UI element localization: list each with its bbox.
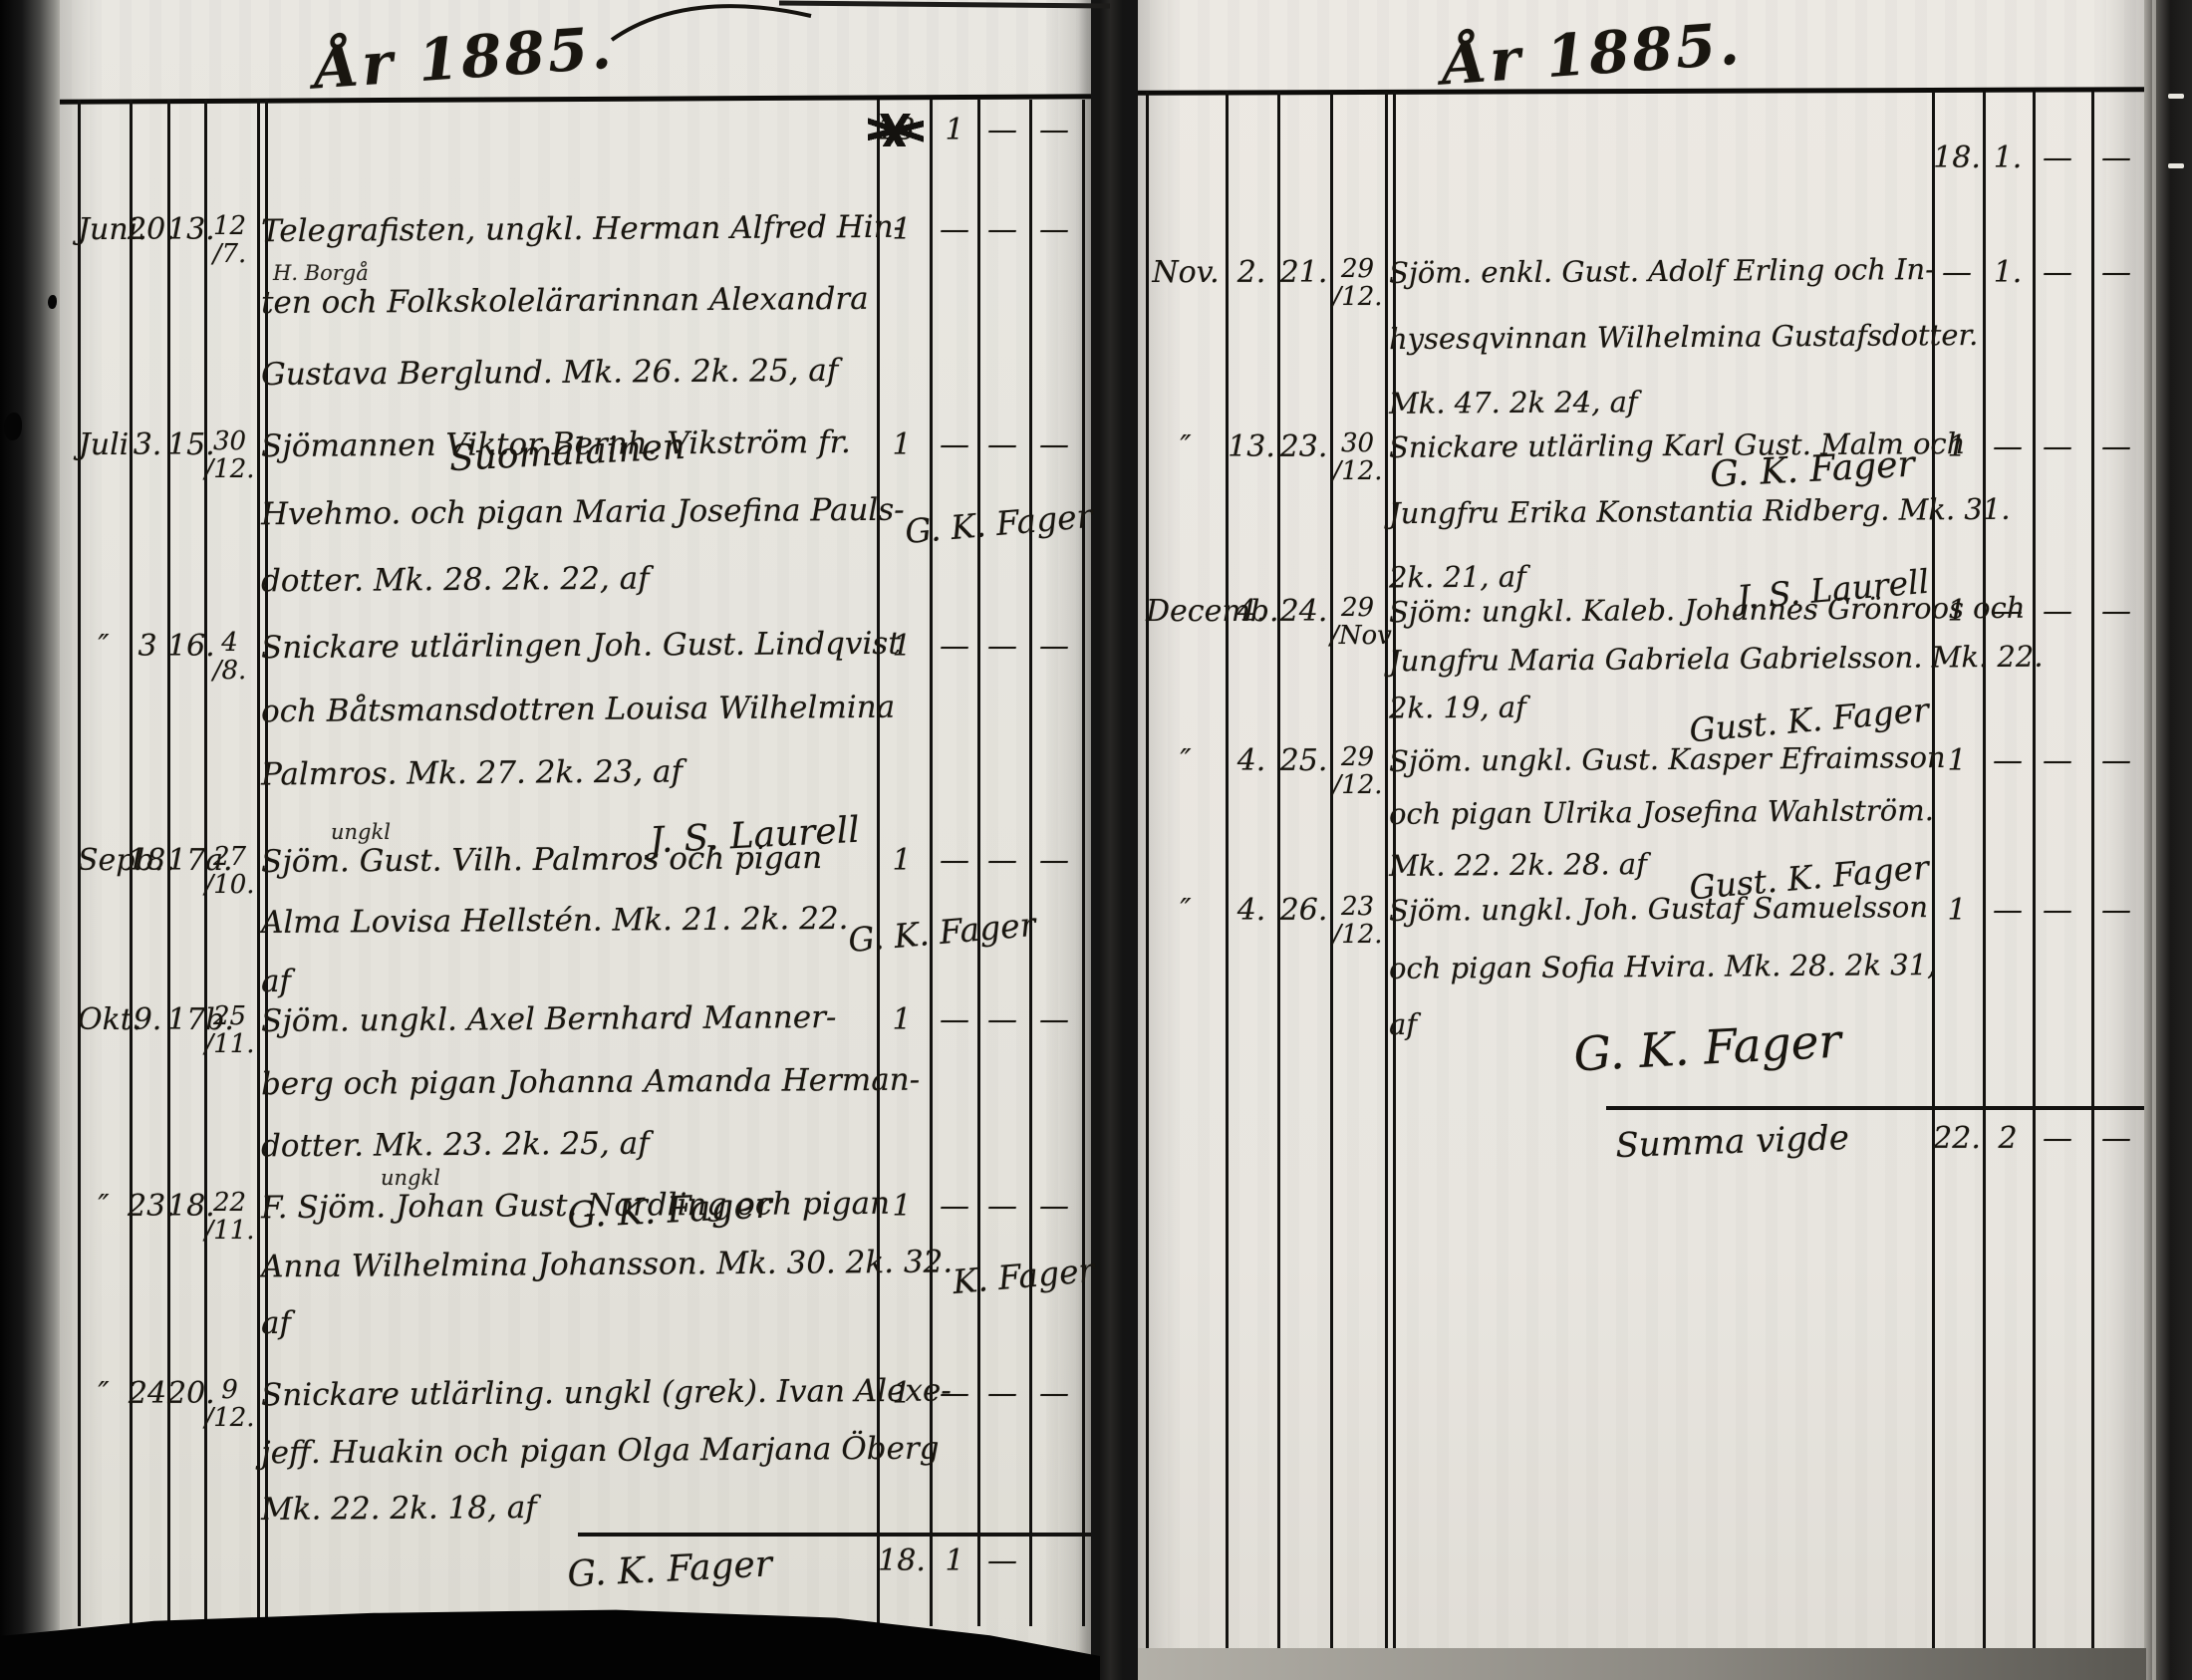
entry-banns-date: 23 /12. — [1330, 894, 1385, 949]
entry-text-line: berg och pigan Johanna Amanda Herman- — [261, 1064, 874, 1127]
entry-month: Okt. — [78, 1003, 130, 1037]
inserted-note: ungkl — [331, 820, 391, 844]
handwritten-text: dotter. Mk. 28. 2k. 22, af — [261, 561, 650, 600]
entry-count-col1: 1 — [1932, 595, 1982, 629]
cropped-pen-stroke — [608, 0, 817, 44]
entry-month: Juni. — [78, 213, 130, 247]
entry-month: ″ — [78, 1190, 130, 1224]
entry-text-line: af — [261, 1305, 874, 1364]
entry-count-col4: — — [2091, 256, 2141, 290]
entry-count-col3: — — [977, 428, 1027, 462]
banns-denominator: /11. — [202, 1218, 257, 1245]
carry-value: — — [2091, 141, 2141, 175]
carry-value: 1 — [930, 114, 979, 147]
entry-text-line: Anna Wilhelmina Johansson. Mk. 30. 2k. 3… — [261, 1247, 874, 1305]
sum-value: 22. — [1932, 1122, 1982, 1156]
handwritten-text: Snickare utlärling Karl Gust. Malm och — [1389, 426, 1966, 464]
carry-value: — — [2033, 141, 2082, 175]
entry-count-col3: — — [2033, 256, 2082, 290]
entry-number: 15. — [167, 428, 204, 462]
banns-numerator: 9 — [202, 1377, 257, 1404]
entry-count-col1: 1 — [1932, 744, 1982, 778]
entry-day: 3 — [128, 630, 167, 664]
carry-value-struck: 18 — [877, 113, 915, 147]
entry-text: ungklF. Sjöm. Johan Gust. Nordling och p… — [261, 1188, 874, 1364]
entry-text-line: hysesqvinnan Wilhelmina Gustafsdotter. — [1389, 320, 1929, 386]
officiant-signature: G. K. Fager — [260, 1539, 874, 1611]
entry-count-col3: — — [2033, 894, 2082, 928]
banns-denominator: /12. — [1330, 284, 1385, 311]
handwritten-text: Mk. 22. 2k. 18, af — [261, 1490, 537, 1528]
entry-number: 26. — [1277, 894, 1330, 928]
column-rule — [1277, 92, 1280, 1654]
entry-banns-date: 25 /11. — [202, 1003, 257, 1058]
register-scan: År 1885. 18 1 — — 18. 1 — Juni. 20. 13. … — [0, 0, 2192, 1680]
handwritten-text: Gustava Berglund. Mk. 26. 2k. 25, af — [261, 353, 839, 393]
entry-count-col4: — — [2091, 894, 2141, 928]
entry-day: 20. — [128, 213, 167, 247]
carry-forward-row: 18 1 — — — [60, 112, 1091, 145]
entry-count-col2: — — [930, 1377, 979, 1411]
entry-count-col2: — — [1983, 595, 2033, 629]
entry-count-col2: — — [930, 1003, 979, 1037]
handwritten-text: Sjöm. ungkl. Axel Bernhard Manner- — [261, 999, 837, 1039]
entry-count-col4: — — [1029, 428, 1079, 462]
ink-blot — [4, 413, 22, 440]
entry-text-line: H. Borgåten och Folkskolelärarinnan Alex… — [261, 283, 874, 355]
handwritten-text: Sjöm. ungkl. Gust. Kasper Efraimsson — [1389, 740, 1946, 778]
entry-text-line: Hvehmo. och pigan Maria Josefina Pauls-G… — [261, 494, 874, 562]
entry-count-col3: — — [977, 1377, 1027, 1411]
sum-value: — — [977, 1544, 1027, 1578]
banns-numerator: 29 — [1330, 744, 1385, 771]
banns-numerator: 22 — [202, 1190, 257, 1217]
entry-number: 24. — [1277, 595, 1330, 629]
entry-count-col2: — — [930, 844, 979, 878]
sum-value: 2 — [1983, 1122, 2033, 1156]
book-binding-edge — [0, 0, 62, 1680]
handwritten-text: Snickare utlärlingen Joh. Gust. Lindqvis… — [261, 626, 901, 666]
entry-text-line: Snickare utlärling. ungkl (grek). Ivan A… — [261, 1375, 874, 1433]
entry-count-col1: 1 — [877, 213, 927, 247]
entry-text: ungklSjöm. Gust. Vilh. Palmros och pigan… — [261, 842, 874, 1024]
entry-count-col3: — — [977, 1190, 1027, 1224]
entry-text-line: Jungfru Maria Gabriela Gabrielsson. Mk. … — [1389, 642, 1929, 691]
handwritten-text: och pigan Ulrika Josefina Wahlström. — [1389, 793, 1934, 831]
entry-text-line: Sjömannen Viktor Bernh. Vikström fr. — [261, 426, 874, 494]
inserted-note: ungkl — [381, 1166, 440, 1190]
entry-count-col3: — — [2033, 744, 2082, 778]
right-page: År 1885. 18. 1. — — Summa vigde 22. 2 — … — [1138, 0, 2146, 1680]
sum-value: — — [2091, 1122, 2141, 1156]
entry-text: Sjöm. ungkl. Joh. Gustaf Samuelssonoch p… — [1389, 892, 1929, 1078]
banns-numerator: 27 — [202, 844, 257, 871]
entry-count-col4: — — [2091, 595, 2141, 629]
handwritten-text: Sjöm. ungkl. Joh. Gustaf Samuelsson — [1389, 890, 1928, 928]
column-rule — [2091, 92, 2094, 1654]
entry-text-line: Sjöm: ungkl. Kaleb. Johannes Grönroos oc… — [1389, 593, 1929, 642]
entry-count-col2: — — [930, 428, 979, 462]
column-rule — [1226, 92, 1229, 1654]
banns-denominator: /7. — [202, 241, 257, 268]
sum-rule — [1606, 1106, 2149, 1110]
banns-denominator: /10. — [202, 872, 257, 899]
edge-mark — [2168, 94, 2184, 99]
handwritten-text: Alma Lovisa Hellstén. Mk. 21. 2k. 22. — [261, 901, 849, 941]
handwritten-text: Telegrafisten, ungkl. Herman Alfred Hin- — [261, 209, 904, 250]
banns-denominator: /12. — [1330, 772, 1385, 799]
entry-count-col2: — — [930, 213, 979, 247]
handwritten-text: Snickare utlärling. ungkl (grek). Ivan A… — [261, 1373, 952, 1414]
header-rule — [1138, 87, 2146, 96]
handwritten-text: 2k. 19, af — [1389, 691, 1526, 725]
entry-banns-date: 22 /11. — [202, 1190, 257, 1245]
entry-text-line: Mk. 22. 2k. 18, af — [261, 1491, 874, 1548]
left-page: År 1885. 18 1 — — 18. 1 — Juni. 20. 13. … — [60, 0, 1091, 1680]
entry-text-line: Sjöm. enkl. Gust. Adolf Erling och In- — [1389, 254, 1929, 320]
entry-number: 17b. — [167, 1003, 204, 1037]
entry-banns-date: 30 /12. — [202, 428, 257, 483]
column-rule — [1146, 92, 1149, 1654]
entry-month: Juli — [78, 428, 130, 462]
entry-count-col2: — — [1983, 744, 2033, 778]
entry-month: Decemb. — [1146, 595, 1226, 629]
handwritten-text: Palmros. Mk. 27. 2k. 23, af — [261, 754, 683, 793]
column-rule — [2033, 92, 2036, 1654]
scan-shadow-bottom-right — [1138, 1648, 2146, 1680]
banns-denominator: /12. — [1330, 458, 1385, 485]
entry-day: 4. — [1226, 894, 1277, 928]
banns-numerator: 23 — [1330, 894, 1385, 921]
entry-text-line: Gustava Berglund. Mk. 26. 2k. 25, af — [261, 355, 874, 426]
handwritten-text: Sjöm. enkl. Gust. Adolf Erling och In- — [1389, 252, 1935, 290]
handwritten-text: Jungfru Erika Konstantia Ridberg. Mk. 31… — [1389, 492, 2011, 530]
entry-count-col1: 1 — [1932, 894, 1982, 928]
banns-numerator: 4 — [202, 630, 257, 657]
entry-day: 23. — [128, 1190, 167, 1224]
carry-value: 18. — [1932, 141, 1982, 175]
handwritten-text: Sjömannen Viktor Bernh. Vikström fr. — [261, 424, 851, 464]
inserted-note: H. Borgå — [273, 261, 369, 285]
entry-count-col1: 1 — [877, 844, 927, 878]
entry-day: 9. — [128, 1003, 167, 1037]
banns-denominator: /Nov — [1330, 623, 1385, 650]
entry-count-col2: 1. — [1983, 256, 2033, 290]
entry-count-col4: — — [1029, 1003, 1079, 1037]
entry-text-line: Sjöm. ungkl. Joh. Gustaf Samuelsson — [1389, 892, 1929, 950]
officiant-signature: K. Fager — [952, 1251, 1096, 1301]
entry-text-line: dotter. Mk. 23. 2k. 25, af — [261, 1127, 874, 1190]
entry-text-line: och Båtsmansdottren Louisa Wilhelmina — [261, 692, 874, 755]
handwritten-text: och Båtsmansdottren Louisa Wilhelmina — [261, 690, 895, 729]
entry-number: 25. — [1277, 744, 1330, 778]
sum-label: Summa vigde — [1388, 1118, 1849, 1174]
entry-count-col3: — — [2033, 430, 2082, 464]
column-rule — [1385, 92, 1388, 1654]
banns-numerator: 25 — [202, 1003, 257, 1030]
handwritten-text: 2k. 21, af — [1389, 560, 1526, 595]
handwritten-text: ten och Folkskolelärarinnan Alexandra — [261, 281, 869, 321]
entry-text: Sjöm: ungkl. Kaleb. Johannes Grönroos oc… — [1389, 593, 1929, 739]
entry-day: 13. — [1226, 430, 1277, 464]
entry-text-line: och pigan Sofia Hvira. Mk. 28. 2k 31, — [1389, 950, 1929, 1007]
entry-count-col4: — — [1029, 213, 1079, 247]
edge-mark — [2168, 163, 2184, 168]
handwritten-text: Hvehmo. och pigan Maria Josefina Pauls- — [261, 492, 905, 533]
handwritten-text: jeff. Huakin och pigan Olga Marjana Öber… — [261, 1431, 940, 1472]
entry-count-col3: — — [977, 1003, 1027, 1037]
entry-month: ″ — [1146, 894, 1226, 928]
entry-text-line: dotter. Mk. 28. 2k. 22, af — [261, 562, 874, 630]
banns-numerator: 29 — [1330, 256, 1385, 283]
entry-number: 18. — [167, 1190, 204, 1224]
entry-text-line: Jungfru Erika Konstantia Ridberg. Mk. 31… — [1389, 494, 1929, 560]
handwritten-text: Jungfru Maria Gabriela Gabrielsson. Mk. … — [1389, 640, 2044, 679]
banns-denominator: /11. — [202, 1031, 257, 1058]
entry-count-col3: — — [977, 630, 1027, 664]
entry-count-col4: — — [2091, 430, 2141, 464]
entry-count-col2: — — [930, 1190, 979, 1224]
entry-day: 4. — [1226, 744, 1277, 778]
banns-numerator: 30 — [1330, 430, 1385, 457]
column-rule — [1330, 92, 1333, 1654]
header-rule — [60, 94, 1091, 104]
entry-banns-date: 9 /12. — [202, 1377, 257, 1432]
entry-text-line: 2k. 19, afGust. K. Fager — [1389, 691, 1929, 739]
entry-text-line: Sjöm. ungkl. Gust. Kasper Efraimsson — [1389, 742, 1929, 795]
handwritten-text: af — [261, 964, 291, 999]
entry-month: Nov. — [1146, 256, 1226, 290]
carry-value: — — [977, 114, 1027, 147]
entry-text-line: Sjöm. ungkl. Axel Bernhard Manner- — [261, 1001, 874, 1064]
entry-month: ″ — [1146, 744, 1226, 778]
entry-month: Sepb. — [78, 844, 130, 878]
handwritten-text: af — [261, 1305, 291, 1341]
entry-number: 21. — [1277, 256, 1330, 290]
entry-count-col1: 1 — [877, 1003, 927, 1037]
entry-text-line: Palmros. Mk. 27. 2k. 23, af — [261, 755, 874, 819]
entry-month: ″ — [78, 630, 130, 664]
entry-count-col1: 1 — [1932, 430, 1982, 464]
entry-banns-date: 29 /12. — [1330, 256, 1385, 311]
sum-value: 1 — [930, 1544, 979, 1578]
entry-day: 2. — [1226, 256, 1277, 290]
officiant-signature: G. K. Fager — [847, 905, 1037, 960]
entry-day: 4. — [1226, 595, 1277, 629]
handwritten-text: och pigan Sofia Hvira. Mk. 28. 2k 31, — [1389, 948, 1937, 985]
banns-numerator: 12 — [202, 213, 257, 240]
entry-banns-date: 29 /12. — [1330, 744, 1385, 799]
carry-value: — — [1029, 114, 1079, 147]
entry-count-col1: 1 — [877, 1377, 927, 1411]
entry-banns-date: 12 /7. — [202, 213, 257, 268]
year-heading-left: År 1885. — [312, 14, 616, 103]
handwritten-text: F. Sjöm. Johan Gust. Nordling och pigan — [261, 1186, 890, 1226]
page-edge-highlight — [2152, 0, 2156, 1680]
entry-count-col4: — — [2091, 744, 2141, 778]
handwritten-text: Anna Wilhelmina Johansson. Mk. 30. 2k. 3… — [261, 1245, 953, 1285]
entry-banns-date: 30 /12. — [1330, 430, 1385, 485]
entry-count-col1: 1 — [877, 428, 927, 462]
carry-value: 1. — [1983, 141, 2033, 175]
entry-banns-date: 4 /8. — [202, 630, 257, 685]
entry-month: ″ — [78, 1377, 130, 1411]
banns-numerator: 29 — [1330, 595, 1385, 622]
handwritten-text: Sjöm: ungkl. Kaleb. Johannes Grönroos oc… — [1389, 591, 2026, 629]
entry-day: 3. — [128, 428, 167, 462]
sum-value: — — [2033, 1122, 2082, 1156]
banns-denominator: /12. — [1330, 922, 1385, 949]
entry-number: 20. — [167, 1377, 204, 1411]
entry-banns-date: 27 /10. — [202, 844, 257, 899]
entry-count-col4: — — [1029, 1190, 1079, 1224]
entry-number: 16. — [167, 630, 204, 664]
entry-text: Sjöm. ungkl. Gust. Kasper Efraimssonoch … — [1389, 742, 1929, 901]
column-rule — [1082, 100, 1085, 1626]
entry-month: ″ — [1146, 430, 1226, 464]
entry-text-line: jeff. Huakin och pigan Olga Marjana Öber… — [261, 1433, 874, 1491]
handwritten-text: Sjöm. Gust. Vilh. Palmros och pigan — [261, 840, 822, 880]
column-rule — [257, 100, 260, 1626]
entry-text-line: Snickare utlärling Karl Gust. Malm och — [1389, 428, 1929, 494]
entry-text-line: Snickare utlärlingen Joh. Gust. Lindqvis… — [261, 628, 874, 692]
entry-text: Snickare utlärling. ungkl (grek). Ivan A… — [261, 1375, 874, 1595]
entry-count-col4: — — [1029, 844, 1079, 878]
entry-count-col2: — — [1983, 894, 2033, 928]
entry-count-col1: — — [1932, 256, 1982, 290]
entry-count-col4: — — [1029, 1377, 1079, 1411]
page-block-edge — [2144, 0, 2192, 1680]
banns-denominator: /12. — [202, 1405, 257, 1432]
handwritten-text: Mk. 47. 2k 24, af — [1389, 385, 1638, 420]
handwritten-text: hysesqvinnan Wilhelmina Gustafsdotter. — [1389, 318, 1979, 356]
entry-day: 24 — [128, 1377, 167, 1411]
column-rule — [1983, 92, 1986, 1654]
banns-denominator: /8. — [202, 658, 257, 685]
sum-value: 18. — [877, 1544, 927, 1578]
entry-number: 13. — [167, 213, 204, 247]
entry-count-col2: — — [930, 630, 979, 664]
entry-count-col3: — — [977, 844, 1027, 878]
entry-text-line: ungklSjöm. Gust. Vilh. Palmros och pigan — [261, 842, 874, 903]
entry-text-line: ungklF. Sjöm. Johan Gust. Nordling och p… — [261, 1188, 874, 1247]
entry-count-col3: — — [2033, 595, 2082, 629]
year-heading-right: År 1885. — [1440, 10, 1744, 99]
entry-count-col3: — — [977, 213, 1027, 247]
entry-count-col4: — — [1029, 630, 1079, 664]
entry-count-col1: 1 — [877, 1190, 927, 1224]
entry-count-col2: — — [1983, 430, 2033, 464]
entry-text-line: Alma Lovisa Hellstén. Mk. 21. 2k. 22.G. … — [261, 903, 874, 964]
entry-day: 18. — [128, 844, 167, 878]
ink-blot — [48, 295, 57, 309]
entry-text-line: och pigan Ulrika Josefina Wahlström. — [1389, 795, 1929, 848]
banns-numerator: 30 — [202, 428, 257, 455]
entry-text: Sjömannen Viktor Bernh. Vikström fr.Hveh… — [261, 426, 874, 630]
handwritten-text: Mk. 22. 2k. 28. af — [1389, 847, 1647, 883]
entry-banns-date: 29 /Nov — [1330, 595, 1385, 650]
entry-number: 17a. — [167, 844, 204, 878]
entry-number: 23. — [1277, 430, 1330, 464]
handwritten-text: berg och pigan Johanna Amanda Herman- — [261, 1062, 920, 1103]
entry-count-col1: 1 — [877, 630, 927, 664]
banns-denominator: /12. — [202, 456, 257, 483]
handwritten-text: dotter. Mk. 23. 2k. 25, af — [261, 1126, 650, 1165]
